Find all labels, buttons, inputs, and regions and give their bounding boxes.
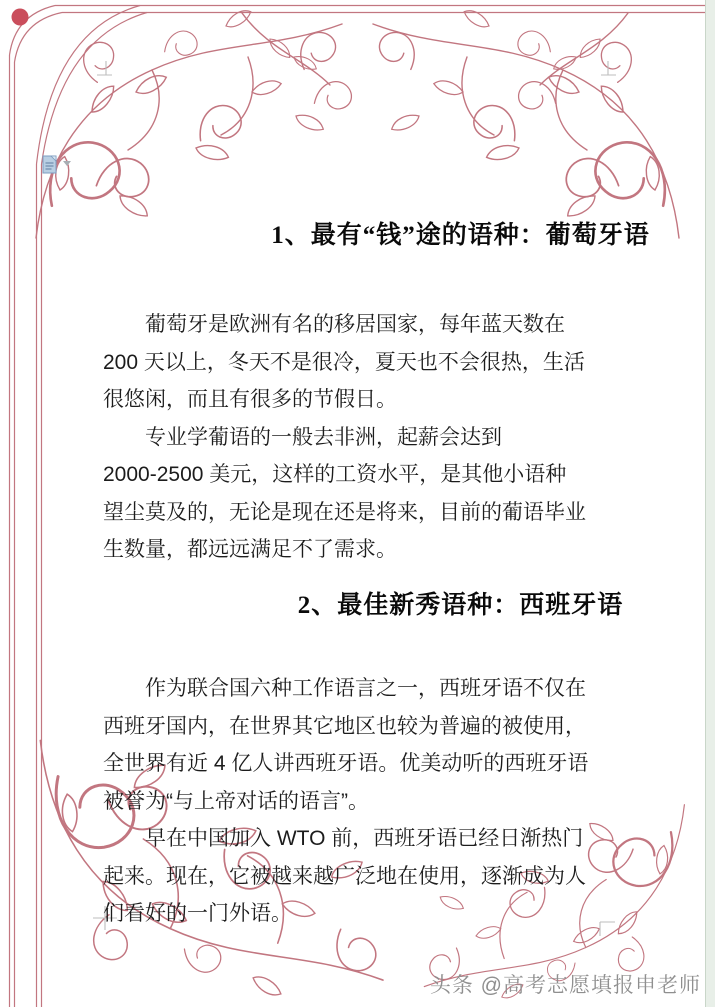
toutiao-watermark: 头条 @高考志愿填报申老师 xyxy=(430,969,701,999)
paragraph: 早在中国加入 WTO 前，西班牙语已经日渐热门 起来。现在，它被越来越广泛地在使… xyxy=(103,820,615,933)
document-page: 1、最有“钱”途的语种：葡萄牙语 葡萄牙是欧洲有名的移居国家，每年蓝天数在 20… xyxy=(0,0,715,1007)
paragraph: 专业学葡语的一般去非洲，起薪会达到 2000-2500 美元，这样的工资水平，是… xyxy=(103,419,615,569)
word-doc-icon[interactable] xyxy=(42,155,74,175)
paragraph: 葡萄牙是欧洲有名的移居国家，每年蓝天数在 200 天以上，冬天不是很冷，夏天也不… xyxy=(103,306,615,419)
section-2-body: 作为联合国六种工作语言之一，西班牙语不仅在 西班牙国内，在世界其它地区也较为普遍… xyxy=(103,670,615,933)
section-2-heading: 2、最佳新秀语种：西班牙语 xyxy=(103,589,715,623)
dropdown-triangle-icon xyxy=(63,161,71,166)
red-corner-dot xyxy=(12,9,29,26)
section-1-body: 葡萄牙是欧洲有名的移居国家，每年蓝天数在 200 天以上，冬天不是很冷，夏天也不… xyxy=(103,306,615,569)
right-edge-strip xyxy=(705,0,715,1007)
section-1-heading: 1、最有“钱”途的语种：葡萄牙语 xyxy=(103,219,715,253)
paragraph: 作为联合国六种工作语言之一，西班牙语不仅在 西班牙国内，在世界其它地区也较为普遍… xyxy=(103,670,615,820)
